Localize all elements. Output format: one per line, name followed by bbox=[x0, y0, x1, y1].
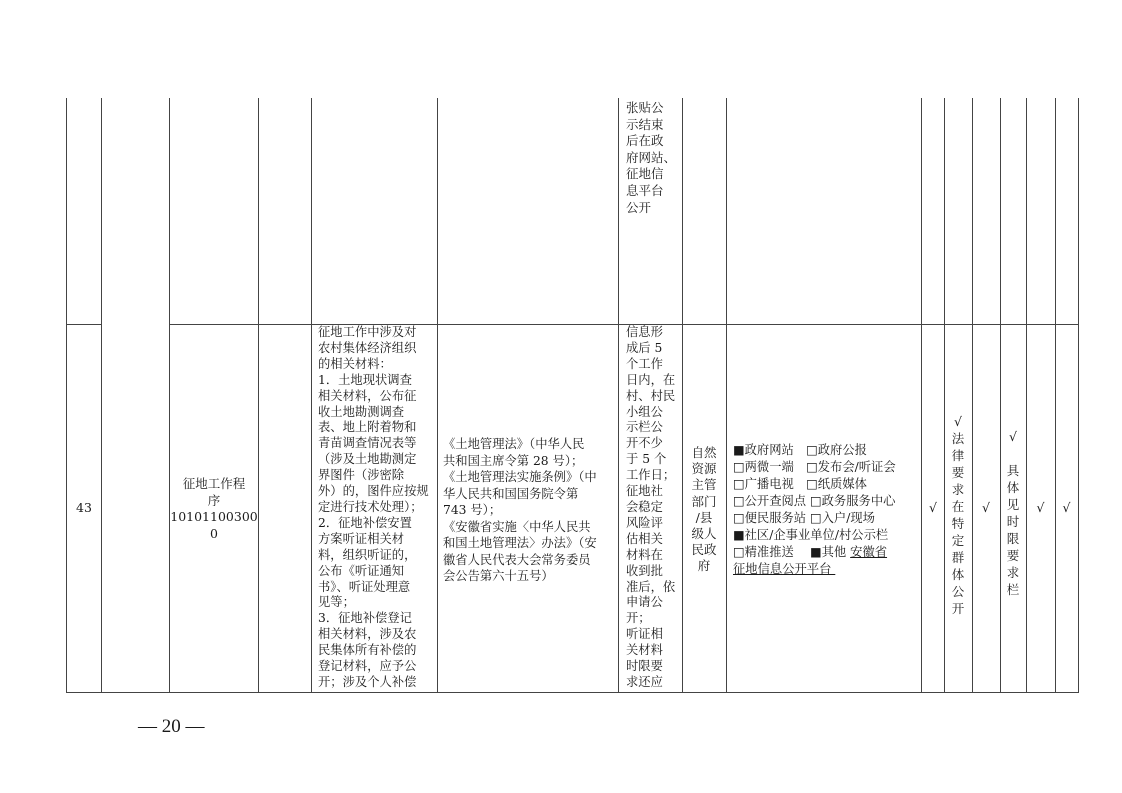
col-border-4 bbox=[311, 98, 312, 693]
on-request-check: √ bbox=[1009, 428, 1017, 445]
col-border-9 bbox=[921, 98, 922, 693]
col-border-0 bbox=[66, 98, 67, 693]
col-border-13 bbox=[1026, 98, 1027, 693]
channel-other-text: 安徽省 bbox=[850, 545, 887, 559]
publish-time-limit: 信息形 成后 5 个工作 日内，在 村、村民 小组公 示栏公 开不少 于 5 个… bbox=[626, 325, 682, 691]
page-number: — 20 — bbox=[138, 716, 205, 738]
channel-line: ■政府网站 □政府公报 bbox=[733, 442, 921, 459]
channel-line-other: □精准推送 ■其他 安徽省 bbox=[733, 544, 921, 561]
legal-basis: 《土地管理法》（中华人民 共和国主席令第 28 号）； 《土地管理法实施条例》（… bbox=[443, 436, 619, 585]
channel-line: □便民服务站 □入户/现场 bbox=[733, 510, 921, 527]
county-level-check: √ bbox=[1026, 500, 1055, 517]
table-bottom-border bbox=[66, 692, 1079, 693]
col-border-8 bbox=[726, 98, 727, 693]
row-index: 43 bbox=[66, 500, 102, 517]
col-border-14 bbox=[1055, 98, 1056, 693]
col-border-5 bbox=[437, 98, 438, 693]
channel-line: □两微一端 □发布会/听证会 bbox=[733, 459, 921, 476]
channel-line: ■社区/企事业单位/村公示栏 bbox=[733, 527, 921, 544]
col-border-3 bbox=[258, 98, 259, 693]
channel-other-text-cont: 征地信息公开平台 bbox=[733, 561, 921, 578]
row-continued-publish-time: 张贴公 示结束 后在政 府网站、 征地信 息平台 公开 bbox=[626, 100, 682, 216]
township-level-check: √ bbox=[1055, 500, 1078, 517]
col-border-6 bbox=[618, 98, 619, 693]
col-border-1 bbox=[101, 98, 102, 693]
row-divider-b bbox=[169, 324, 1079, 325]
channel-line: □广播电视 □纸质媒体 bbox=[733, 476, 921, 493]
col-border-11 bbox=[972, 98, 973, 693]
specific-group-check: √ bbox=[954, 413, 962, 430]
col-border-2 bbox=[169, 98, 170, 693]
row-divider-a bbox=[66, 324, 102, 325]
item-name: 征地工作程 序 10101100300 0 bbox=[169, 476, 259, 542]
proactive-check: √ bbox=[972, 500, 1000, 517]
channel-line: □公开查阅点 □政务服务中心 bbox=[733, 493, 921, 510]
public-content: 征地工作中涉及对 农村集体经济组织 的相关材料： 1．土地现状调查 相关材料，公… bbox=[318, 325, 436, 691]
check-all-public: √ bbox=[921, 500, 945, 517]
on-request: √ 具 体 见 时 限 要 求 栏 bbox=[1000, 428, 1026, 598]
publish-channels: ■政府网站 □政府公报 □两微一端 □发布会/听证会 □广播电视 □纸质媒体 □… bbox=[733, 442, 921, 578]
col-border-15 bbox=[1078, 98, 1079, 693]
col-border-7 bbox=[682, 98, 683, 693]
responsible-subject: 自然 资源 主管 部门 /县 级人 民政 府 bbox=[682, 445, 726, 575]
col-border-12 bbox=[1000, 98, 1001, 693]
specific-group: √ 法 律 要 求 在 特 定 群 体 公 开 bbox=[944, 413, 972, 617]
